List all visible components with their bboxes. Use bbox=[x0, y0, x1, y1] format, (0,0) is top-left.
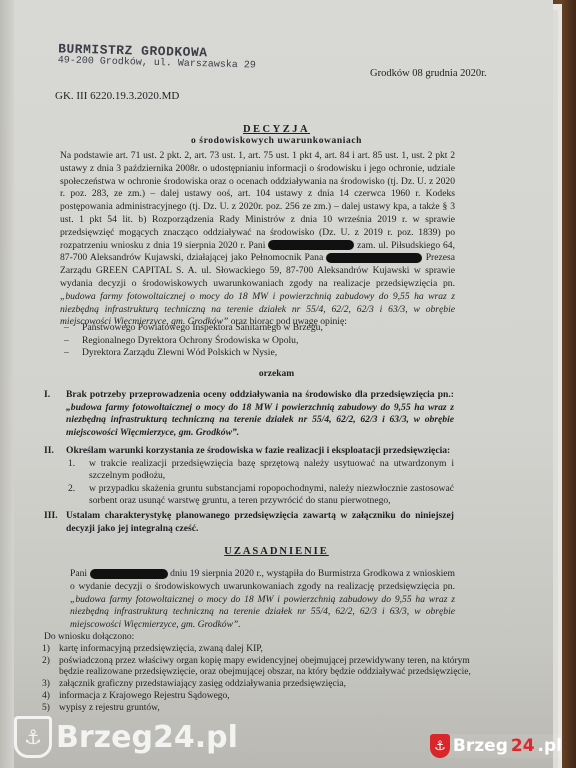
opinion-item: Regionalnego Dyrektora Ochrony Środowisk… bbox=[64, 335, 323, 348]
page-shadow bbox=[0, 0, 14, 768]
section-number: II. bbox=[44, 445, 54, 458]
ruling-heading: orzekam bbox=[0, 369, 553, 379]
attachment-item: 1)kartę informacyjną przedsięwzięcia, zw… bbox=[42, 644, 472, 656]
document-date: Grodków 08 grudnia 2020r. bbox=[370, 68, 487, 79]
attachment-item: 2)poświadczoną przez właściwy organ kopi… bbox=[42, 656, 472, 680]
redacted-name bbox=[90, 569, 168, 579]
opinion-item: Dyrektora Zarządu Zlewni Wód Polskich w … bbox=[64, 347, 323, 360]
section-number: I. bbox=[44, 389, 50, 402]
project-name: „budowa farmy fotowoltaicznej o mocy do … bbox=[66, 402, 454, 438]
condition-item: 1.w trakcie realizacji przedsięwzięcia b… bbox=[44, 458, 454, 483]
section-number: III. bbox=[44, 510, 58, 523]
section-3: III. Ustalam charakterystykę planowanego… bbox=[44, 510, 454, 535]
document-title: DECYZJA bbox=[0, 124, 553, 135]
office-stamp: BURMISTRZ GRODKOWA 49-200 Grodków, ul. W… bbox=[58, 41, 257, 71]
justification-paragraph: Pani dniu 19 sierpnia 2020 r., wystąpiła… bbox=[70, 568, 455, 632]
attachments-list: Do wniosku dołączono: 1)kartę informacyj… bbox=[42, 632, 472, 715]
section-1: I. Brak potrzeby przeprowadzenia oceny o… bbox=[44, 389, 454, 439]
attachment-item: 3)załącznik graficzny przedstawiający za… bbox=[42, 679, 472, 691]
opinions-list: Państwowego Powiatowego Inspektora Sanit… bbox=[64, 322, 323, 360]
document-subtitle: o środowiskowych uwarunkowaniach bbox=[0, 136, 553, 146]
section-heading: Brak potrzeby przeprowadzenia oceny oddz… bbox=[66, 389, 454, 400]
document-page: BURMISTRZ GRODKOWA 49-200 Grodków, ul. W… bbox=[0, 0, 553, 768]
anchor-shield-icon: ⚓ bbox=[14, 716, 52, 758]
justification-title: UZASADNIENIE bbox=[0, 546, 553, 557]
reference-number: GK. III 6220.19.3.2020.MD bbox=[55, 90, 179, 102]
redacted-name bbox=[268, 240, 354, 250]
section-heading: Ustalam charakterystykę planowanego prze… bbox=[66, 510, 454, 534]
intro-paragraph: Na podstawie art. 71 ust. 2 pkt. 2, art.… bbox=[60, 150, 455, 329]
opinion-item: Państwowego Powiatowego Inspektora Sanit… bbox=[64, 322, 323, 335]
project-name: „budowa farmy fotowoltaicznej o mocy do … bbox=[70, 594, 455, 631]
anchor-shield-icon: ⚓ bbox=[430, 734, 450, 758]
attachments-intro: Do wniosku dołączono: bbox=[42, 632, 472, 644]
attachment-item: 4)informacja z Krajowego Rejestru Sądowe… bbox=[42, 691, 472, 703]
redacted-name bbox=[326, 253, 422, 263]
condition-item: 2.w przypadku skażenia gruntu substancja… bbox=[44, 483, 454, 508]
watermark-left: ⚓ Brzeg24.pl bbox=[14, 716, 238, 758]
attachment-item: 5)wypisy z rejestru gruntów, bbox=[42, 703, 472, 715]
section-heading: Określam warunki korzystania ze środowis… bbox=[66, 445, 450, 456]
watermark-right: ⚓ Brzeg24.pl bbox=[430, 734, 562, 758]
section-2: II. Określam warunki korzystania ze środ… bbox=[44, 445, 454, 508]
